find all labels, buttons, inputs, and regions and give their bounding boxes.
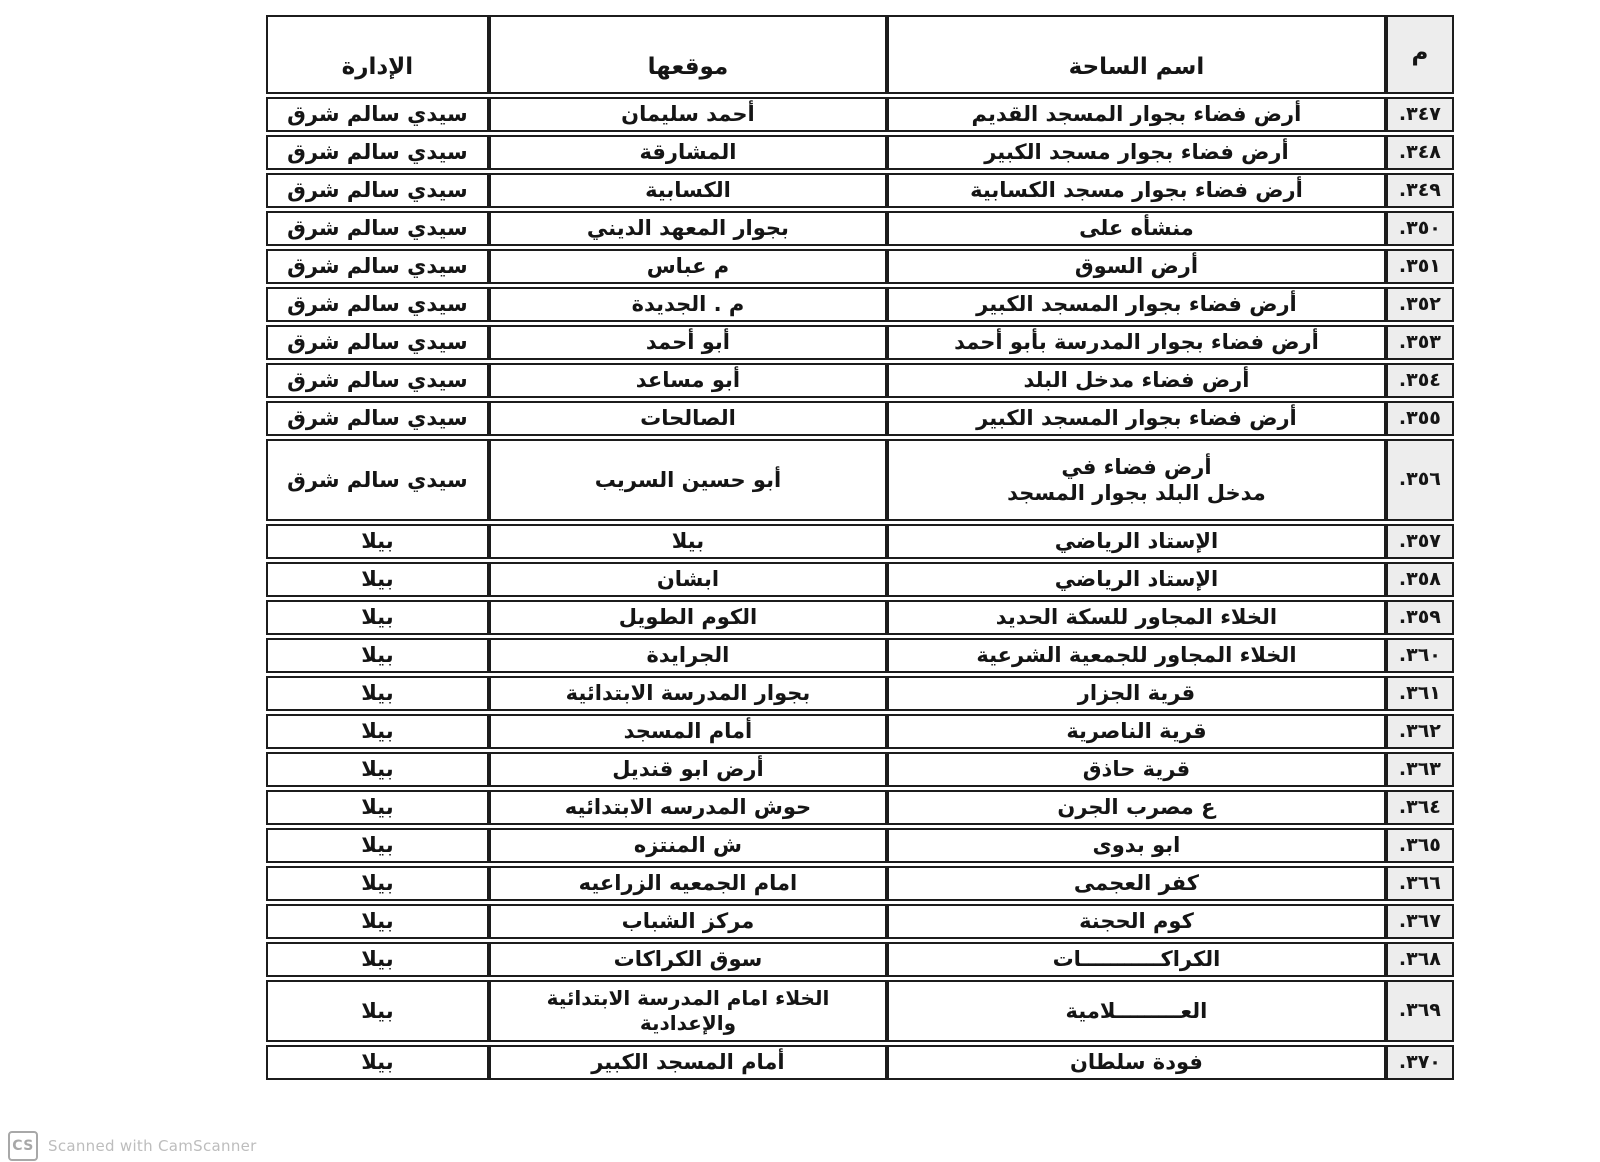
cell-administration: سيدي سالم شرق (266, 249, 489, 284)
cell-square-name: الإستاد الرياضي (887, 562, 1386, 597)
cell-administration: بيلا (266, 790, 489, 825)
cell-administration: بيلا (266, 562, 489, 597)
cell-square-name: الخلاء المجاور للجمعية الشرعية (887, 638, 1386, 673)
table-row: ٣٤٧.أرض فضاء بجوار المسجد القديمأحمد سلي… (266, 97, 1454, 132)
table-body: ٣٤٧.أرض فضاء بجوار المسجد القديمأحمد سلي… (266, 97, 1454, 1080)
table-row: ٣٥٤.أرض فضاء مدخل البلدأبو مساعدسيدي سال… (266, 363, 1454, 398)
cell-serial: ٣٥١. (1386, 249, 1454, 284)
cell-administration: بيلا (266, 866, 489, 901)
cell-administration: بيلا (266, 638, 489, 673)
cell-administration: بيلا (266, 676, 489, 711)
cell-administration: بيلا (266, 828, 489, 863)
table-row: ٣٦٨.الكراكـــــــــــاتسوق الكراكاتبيلا (266, 942, 1454, 977)
table-row: ٣٦٩.العـــــــــلاميةالخلاء امام المدرسة… (266, 980, 1454, 1042)
cell-square-name: الإستاد الرياضي (887, 524, 1386, 559)
table-row: ٣٥٩.الخلاء المجاور للسكة الحديدالكوم الط… (266, 600, 1454, 635)
cell-administration: سيدي سالم شرق (266, 401, 489, 436)
cell-square-name: قرية الجزار (887, 676, 1386, 711)
table-row: ٣٤٩.أرض فضاء بجوار مسجد الكسابيةالكسابية… (266, 173, 1454, 208)
header-location: موقعها (489, 15, 887, 94)
cell-square-name: أرض فضاء بجوار المسجد القديم (887, 97, 1386, 132)
cell-serial: ٣٦٨. (1386, 942, 1454, 977)
table-row: ٣٦٤.ع مصرب الجرنحوش المدرسه الابتدائيهبي… (266, 790, 1454, 825)
cell-serial: ٣٦٩. (1386, 980, 1454, 1042)
table-row: ٣٥٢.أرض فضاء بجوار المسجد الكبيرم . الجد… (266, 287, 1454, 322)
cell-location: أمام المسجد الكبير (489, 1045, 887, 1080)
cell-square-name: أرض فضاء بجوار المدرسة بأبو أحمد (887, 325, 1386, 360)
cell-serial: ٣٤٩. (1386, 173, 1454, 208)
cell-location: امام الجمعيه الزراعيه (489, 866, 887, 901)
cell-location: أبو مساعد (489, 363, 887, 398)
table-row: ٣٥٠.منشأه علىبجوار المعهد الدينيسيدي سال… (266, 211, 1454, 246)
cell-square-name: ابو بدوى (887, 828, 1386, 863)
table-row: ٣٦٥.ابو بدوىش المنتزهبيلا (266, 828, 1454, 863)
cell-square-name: قرية حاذق (887, 752, 1386, 787)
cell-location: الصالحات (489, 401, 887, 436)
cell-square-name: أرض فضاء بجوار المسجد الكبير (887, 401, 1386, 436)
cell-square-name: كفر العجمى (887, 866, 1386, 901)
header-serial: م (1386, 15, 1454, 94)
cell-serial: ٣٦٤. (1386, 790, 1454, 825)
cell-location: مركز الشباب (489, 904, 887, 939)
cell-location: المشارقة (489, 135, 887, 170)
cell-square-name: الخلاء المجاور للسكة الحديد (887, 600, 1386, 635)
cell-location: م . الجديدة (489, 287, 887, 322)
cell-administration: سيدي سالم شرق (266, 135, 489, 170)
cell-location: الكسابية (489, 173, 887, 208)
cell-administration: سيدي سالم شرق (266, 173, 489, 208)
cell-serial: ٣٥٤. (1386, 363, 1454, 398)
camscanner-watermark-text: Scanned with CamScanner (48, 1137, 257, 1155)
header-square-name: اسم الساحة (887, 15, 1386, 94)
cell-location: الكوم الطويل (489, 600, 887, 635)
cell-administration: بيلا (266, 1045, 489, 1080)
cell-serial: ٣٤٨. (1386, 135, 1454, 170)
cell-square-name: فودة سلطان (887, 1045, 1386, 1080)
cell-location: أرض ابو قنديل (489, 752, 887, 787)
cell-administration: بيلا (266, 904, 489, 939)
cell-serial: ٣٥٩. (1386, 600, 1454, 635)
cell-square-name: أرض فضاء بجوار مسجد الكبير (887, 135, 1386, 170)
cell-administration: سيدي سالم شرق (266, 211, 489, 246)
cell-location: بجوار المدرسة الابتدائية (489, 676, 887, 711)
cell-location: ش المنتزه (489, 828, 887, 863)
cell-square-name: أرض السوق (887, 249, 1386, 284)
cell-location: م عباس (489, 249, 887, 284)
cell-square-name: أرض فضاء مدخل البلد (887, 363, 1386, 398)
table-row: ٣٦٦.كفر العجمىامام الجمعيه الزراعيهبيلا (266, 866, 1454, 901)
cell-location: ابشان (489, 562, 887, 597)
cell-serial: ٣٥٨. (1386, 562, 1454, 597)
cell-administration: بيلا (266, 752, 489, 787)
header-administration: الإدارة (266, 15, 489, 94)
table-row: ٣٥٨.الإستاد الرياضيابشانبيلا (266, 562, 1454, 597)
cell-serial: ٣٦٠. (1386, 638, 1454, 673)
cell-serial: ٣٥٥. (1386, 401, 1454, 436)
squares-table: م اسم الساحة موقعها الإدارة ٣٤٧.أرض فضاء… (266, 12, 1454, 1083)
cell-location: بجوار المعهد الديني (489, 211, 887, 246)
table-row: ٣٤٨.أرض فضاء بجوار مسجد الكبيرالمشارقةسي… (266, 135, 1454, 170)
table-row: ٣٥٧.الإستاد الرياضيبيلابيلا (266, 524, 1454, 559)
table-row: ٣٧٠.فودة سلطانأمام المسجد الكبيربيلا (266, 1045, 1454, 1080)
cell-serial: ٣٦٢. (1386, 714, 1454, 749)
table-row: ٣٥٦.أرض فضاء في مدخل البلد بجوار المسجدأ… (266, 439, 1454, 521)
cell-administration: بيلا (266, 980, 489, 1042)
cell-serial: ٣٦١. (1386, 676, 1454, 711)
cell-serial: ٣٥٢. (1386, 287, 1454, 322)
header-row: م اسم الساحة موقعها الإدارة (266, 15, 1454, 94)
cell-administration: سيدي سالم شرق (266, 325, 489, 360)
camscanner-watermark: CS Scanned with CamScanner (8, 1131, 257, 1161)
cell-location: الجرايدة (489, 638, 887, 673)
cell-serial: ٣٦٣. (1386, 752, 1454, 787)
cell-square-name: أرض فضاء بجوار مسجد الكسابية (887, 173, 1386, 208)
cell-serial: ٣٦٦. (1386, 866, 1454, 901)
cell-square-name: الكراكـــــــــــات (887, 942, 1386, 977)
cell-location: أبو حسين السريب (489, 439, 887, 521)
cell-location: بيلا (489, 524, 887, 559)
table-row: ٣٦٠.الخلاء المجاور للجمعية الشرعيةالجراي… (266, 638, 1454, 673)
cell-square-name: أرض فضاء بجوار المسجد الكبير (887, 287, 1386, 322)
table-row: ٣٥١.أرض السوقم عباسسيدي سالم شرق (266, 249, 1454, 284)
cell-serial: ٣٥٧. (1386, 524, 1454, 559)
cell-administration: سيدي سالم شرق (266, 439, 489, 521)
cell-location: أمام المسجد (489, 714, 887, 749)
cell-square-name: منشأه على (887, 211, 1386, 246)
cell-location: أبو أحمد (489, 325, 887, 360)
cell-square-name: العـــــــــلامية (887, 980, 1386, 1042)
cell-location: أحمد سليمان (489, 97, 887, 132)
cell-serial: ٣٤٧. (1386, 97, 1454, 132)
table-row: ٣٦٣.قرية حاذقأرض ابو قنديلبيلا (266, 752, 1454, 787)
cell-location: الخلاء امام المدرسة الابتدائية والإعدادي… (489, 980, 887, 1042)
cell-serial: ٣٥٠. (1386, 211, 1454, 246)
table-row: ٣٦١.قرية الجزاربجوار المدرسة الابتدائيةب… (266, 676, 1454, 711)
cell-administration: سيدي سالم شرق (266, 363, 489, 398)
cell-square-name: قرية الناصرية (887, 714, 1386, 749)
table-row: ٣٦٧.كوم الحجنةمركز الشباببيلا (266, 904, 1454, 939)
cell-administration: بيلا (266, 600, 489, 635)
cell-serial: ٣٧٠. (1386, 1045, 1454, 1080)
table-row: ٣٥٣.أرض فضاء بجوار المدرسة بأبو أحمدأبو … (266, 325, 1454, 360)
table-row: ٣٥٥.أرض فضاء بجوار المسجد الكبيرالصالحات… (266, 401, 1454, 436)
cell-square-name: كوم الحجنة (887, 904, 1386, 939)
cell-administration: بيلا (266, 524, 489, 559)
cell-serial: ٣٦٧. (1386, 904, 1454, 939)
cell-administration: سيدي سالم شرق (266, 97, 489, 132)
cell-serial: ٣٦٥. (1386, 828, 1454, 863)
cell-administration: سيدي سالم شرق (266, 287, 489, 322)
cell-administration: بيلا (266, 714, 489, 749)
cell-administration: بيلا (266, 942, 489, 977)
table-row: ٣٦٢.قرية الناصريةأمام المسجدبيلا (266, 714, 1454, 749)
cell-location: حوش المدرسه الابتدائيه (489, 790, 887, 825)
camscanner-icon: CS (8, 1131, 38, 1161)
cell-square-name: ع مصرب الجرن (887, 790, 1386, 825)
cell-location: سوق الكراكات (489, 942, 887, 977)
cell-square-name: أرض فضاء في مدخل البلد بجوار المسجد (887, 439, 1386, 521)
cell-serial: ٣٥٣. (1386, 325, 1454, 360)
cell-serial: ٣٥٦. (1386, 439, 1454, 521)
